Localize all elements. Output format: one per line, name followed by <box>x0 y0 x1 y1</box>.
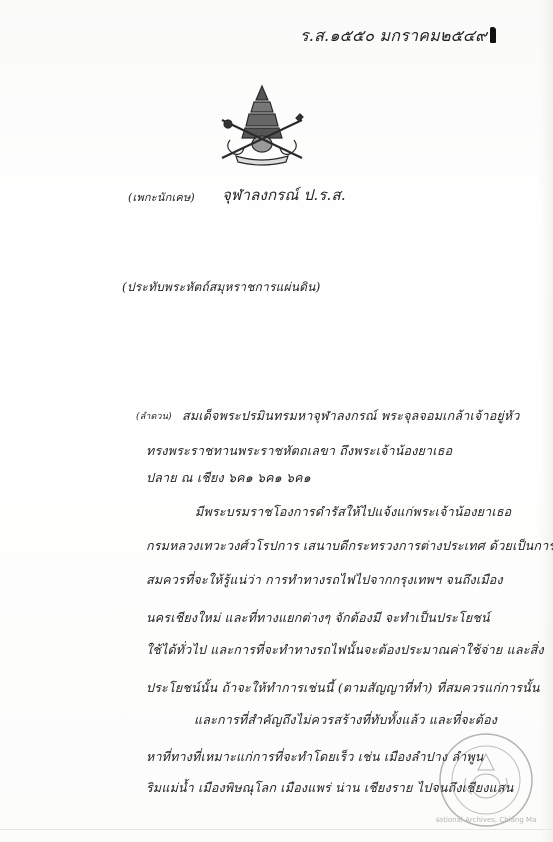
body-line: ปลาย ณ เชียง ๖ค๑ ๖ค๑ ๖ค๑ <box>146 468 311 488</box>
body-line: มีพระบรมราชโองการดำรัสให้ไปแจ้งแก่พระเจ้… <box>195 502 511 522</box>
recipient: (ประทับพระหัตถ์สมุหราชการแผ่นดิน) <box>122 278 320 297</box>
body-line: สมควรที่จะให้รู้แน่ว่า การทำทางรถไฟไปจาก… <box>146 570 503 590</box>
reference-number: ร.ส.๑๕๕๐ มกราคม๒๕๔๙ <box>300 24 487 49</box>
body-line: สมเด็จพระปรมินทรมหาจุฬาลงกรณ์ พระจุลจอมเ… <box>182 406 520 426</box>
scan-edge <box>0 829 553 830</box>
body-prefix: (ลำดวน) <box>136 409 172 423</box>
body-line: และการที่สำคัญถึงไม่ควรสร้างที่ทับทั้งแล… <box>194 710 497 730</box>
page-edge-shadow <box>539 0 553 842</box>
body-line: นครเชียงใหม่ และที่ทางแยกต่างๆ จักต้องมี… <box>146 608 490 628</box>
archive-seal-icon: National Archives, Chiang Mai <box>436 730 536 830</box>
stamp-text: National Archives, Chiang Mai <box>436 816 536 824</box>
body-line: หาที่ทางที่เหมาะแก่การที่จะทำโดยเร็ว เช่… <box>146 747 484 767</box>
page-mark-icon <box>490 27 496 43</box>
body-line: ประโยชน์นั้น ถ้าจะให้ทำการเช่นนี้ (ตามสั… <box>146 678 540 698</box>
sender-label: (เพกะนักเคษ) <box>128 188 195 206</box>
body-line: ทรงพระราชทานพระราชหัตถเลขา ถึงพระเจ้าน้อ… <box>146 441 452 461</box>
document-page: ร.ส.๑๕๕๐ มกราคม๒๕๔๙ (เพกะนักเคษ) จุฬาลงก… <box>0 0 553 842</box>
body-line: กรมหลวงเทวะวงศ์วโรปการ เสนาบดีกระทรวงการ… <box>146 536 553 556</box>
sender-name: จุฬาลงกรณ์ ป.ร.ส. <box>222 183 346 207</box>
body-line: ใช้ได้ทั่วไป และการที่จะทำทางรถไฟนั้นจะต… <box>146 640 544 660</box>
royal-crown-emblem-icon <box>216 82 308 166</box>
